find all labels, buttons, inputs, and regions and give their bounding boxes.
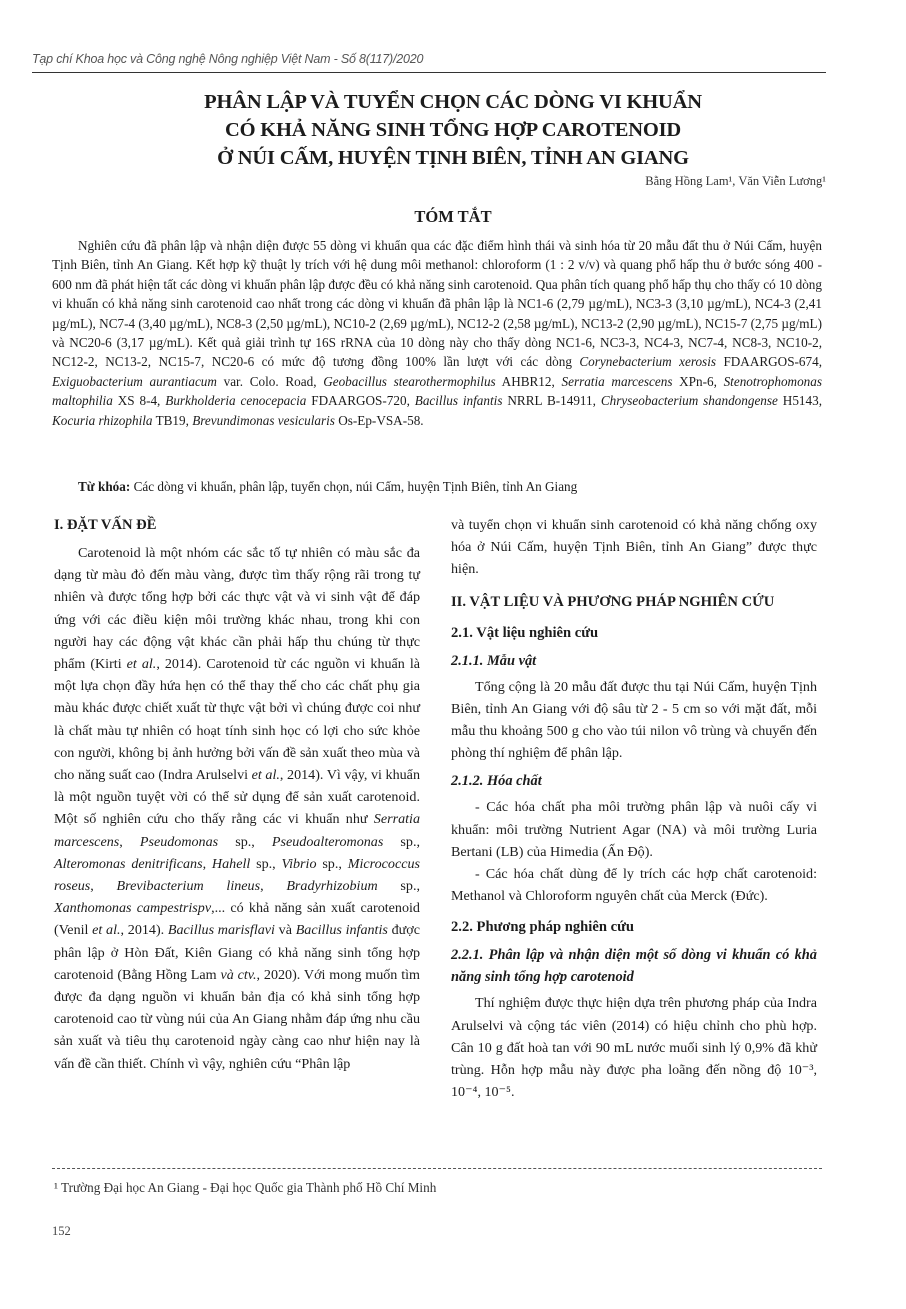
authors: Bằng Hồng Lam¹, Văn Viễn Lương¹ bbox=[645, 174, 826, 189]
title-line: PHÂN LẬP VÀ TUYỂN CHỌN CÁC DÒNG VI KHUẨN bbox=[0, 88, 906, 116]
samples-paragraph: Tổng cộng là 20 mẫu đất được thu tại Núi… bbox=[451, 676, 817, 765]
introduction-continuation: và tuyển chọn vi khuẩn sinh carotenoid c… bbox=[451, 514, 817, 581]
isolation-paragraph: Thí nghiệm được thực hiện dựa trên phươn… bbox=[451, 992, 817, 1103]
affiliation-footnote: ¹ Trường Đại học An Giang - Đại học Quốc… bbox=[54, 1180, 436, 1196]
abstract-heading: TÓM TẮT bbox=[0, 207, 906, 227]
paper-title: PHÂN LẬP VÀ TUYỂN CHỌN CÁC DÒNG VI KHUẨN… bbox=[0, 88, 906, 172]
subsection-heading-methods: 2.2. Phương pháp nghiên cứu bbox=[451, 916, 817, 938]
keywords-label: Từ khóa: bbox=[78, 479, 130, 494]
section-heading-methods: II. VẬT LIỆU VÀ PHƯƠNG PHÁP NGHIÊN CỨU bbox=[451, 591, 817, 613]
footnote-rule bbox=[52, 1168, 822, 1169]
title-line: CÓ KHẢ NĂNG SINH TỔNG HỢP CAROTENOID bbox=[0, 116, 906, 144]
left-column: I. ĐẶT VẤN ĐỀ Carotenoid là một nhóm các… bbox=[54, 514, 420, 1075]
subsection-heading-isolation: 2.2.1. Phân lập và nhận diện một số dòng… bbox=[451, 944, 817, 988]
header-rule bbox=[32, 72, 826, 73]
title-line: Ở NÚI CẤM, HUYỆN TỊNH BIÊN, TỈNH AN GIAN… bbox=[0, 144, 906, 172]
chemicals-paragraph-extraction: - Các hóa chất dùng để ly trích các hợp … bbox=[451, 863, 817, 907]
subsection-heading-chemicals: 2.1.2. Hóa chất bbox=[451, 770, 817, 792]
chemicals-paragraph-media: - Các hóa chất pha môi trường phân lập v… bbox=[451, 796, 817, 863]
keywords-text: Các dòng vi khuẩn, phân lập, tuyển chọn,… bbox=[130, 479, 577, 494]
subsection-heading-materials: 2.1. Vật liệu nghiên cứu bbox=[451, 622, 817, 644]
subsection-heading-samples: 2.1.1. Mẫu vật bbox=[451, 650, 817, 672]
introduction-paragraph: Carotenoid là một nhóm các sắc tố tự nhi… bbox=[54, 542, 420, 1075]
abstract-body: Nghiên cứu đã phân lập và nhận diện được… bbox=[52, 236, 822, 430]
page-number: 152 bbox=[52, 1224, 71, 1239]
section-heading-introduction: I. ĐẶT VẤN ĐỀ bbox=[54, 514, 420, 536]
keywords: Từ khóa: Các dòng vi khuẩn, phân lập, tu… bbox=[52, 477, 822, 496]
running-header: Tạp chí Khoa học và Công nghệ Nông nghiệ… bbox=[32, 52, 822, 66]
right-column: và tuyển chọn vi khuẩn sinh carotenoid c… bbox=[451, 514, 817, 1103]
